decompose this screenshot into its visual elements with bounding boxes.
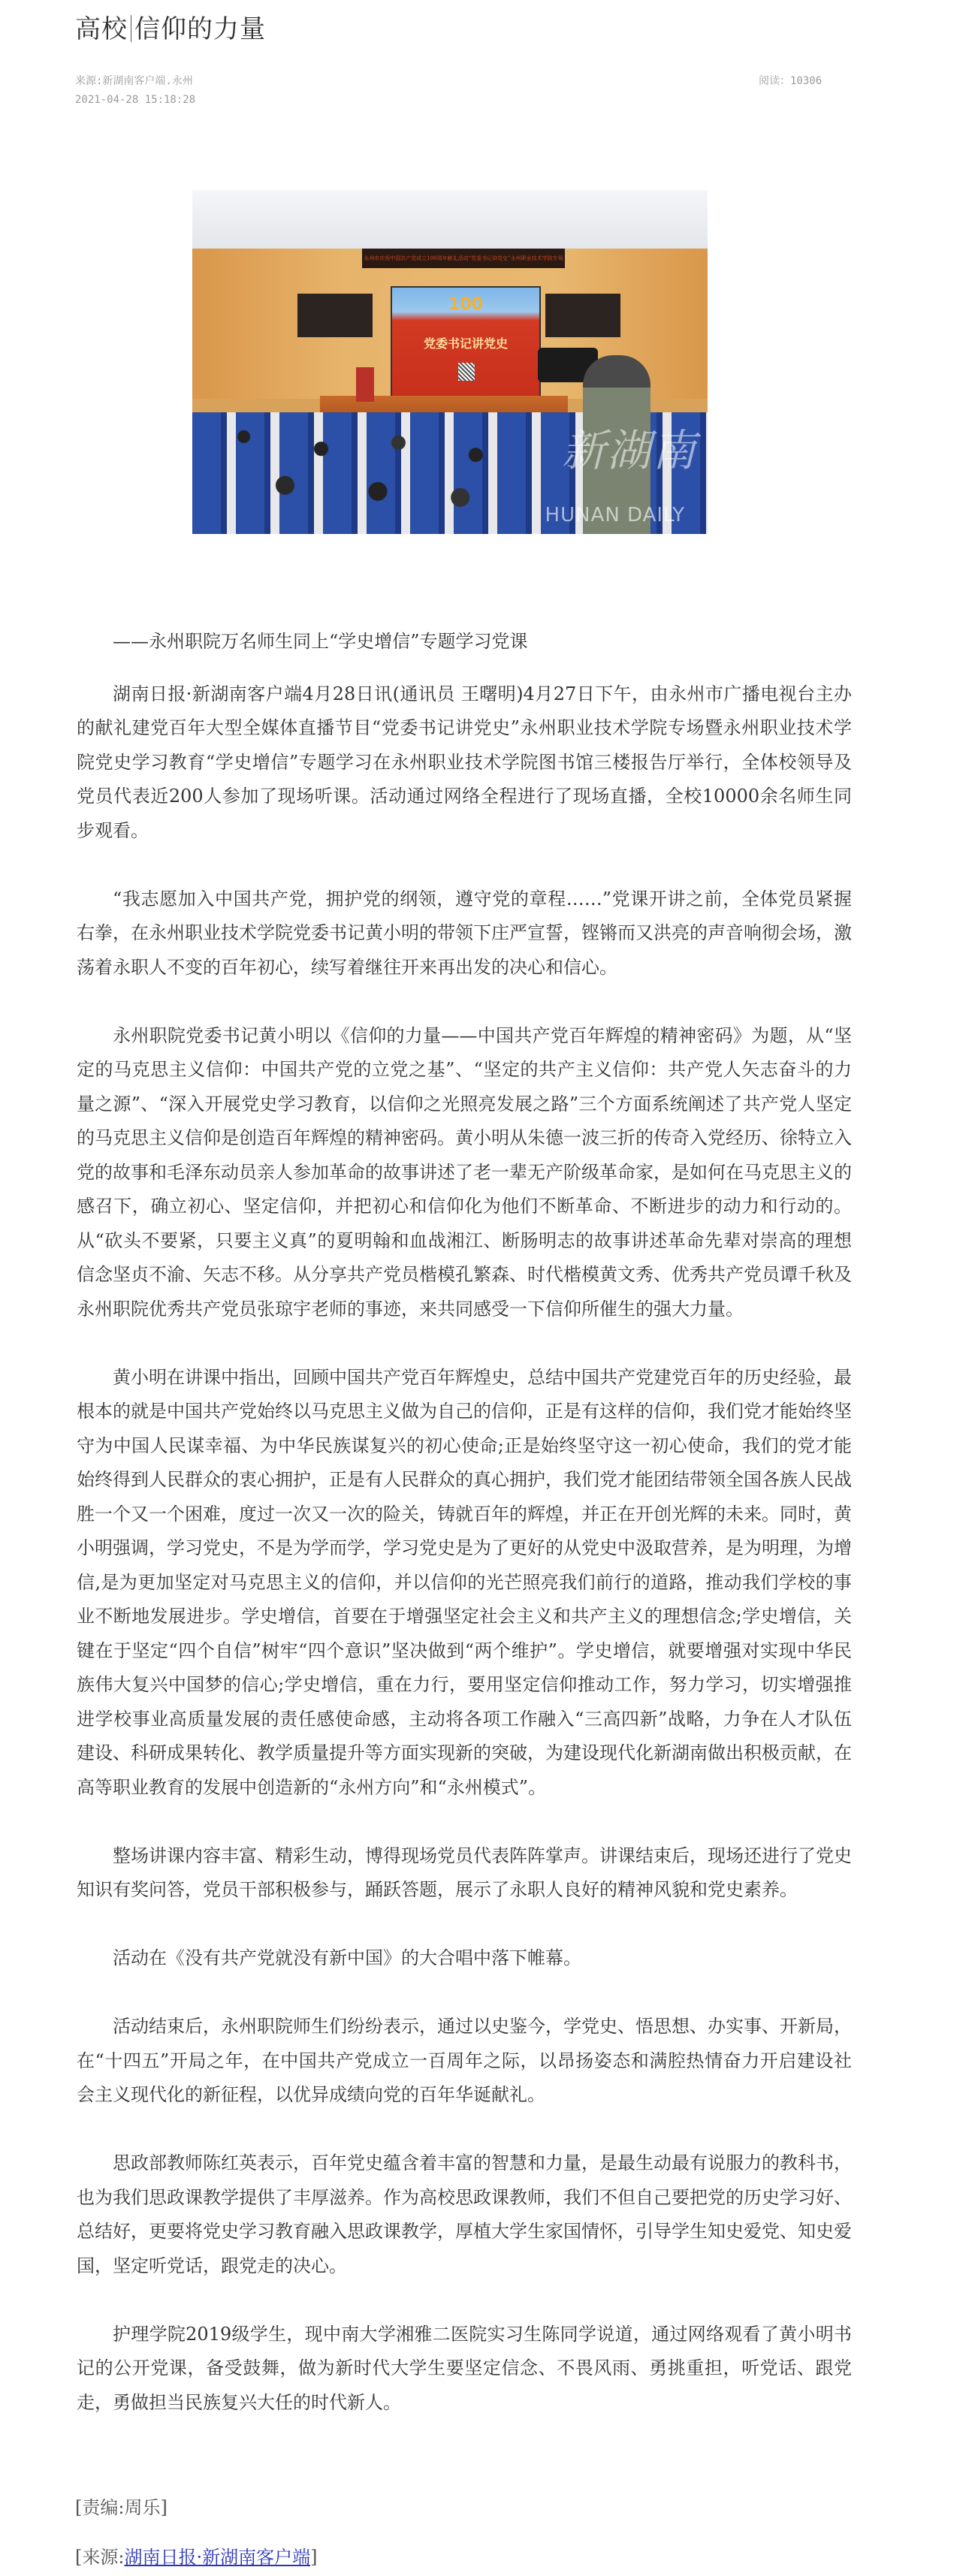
article-body: ——永州职院万名师生同上“学史增信”专题学习党课 湖南日报·新湖南客户端4月28… (77, 625, 852, 2454)
centenary-logo: 100 (392, 295, 539, 314)
read-count: 阅读：10306 (759, 74, 822, 88)
watermark-cn: 新湖南 (562, 415, 697, 478)
paragraph: 整场讲课内容丰富、精彩生动，博得现场党员代表阵阵掌声。讲课结束后，现场还进行了党… (77, 1839, 852, 1908)
watermark-en: HUNAN DAILY (545, 504, 685, 526)
publish-datetime: 2021-04-28 15:18:28 (75, 93, 195, 107)
paragraph: 护理学院2019级学生，现中南大学湘雅二医院实习生陈同学说道，通过网络观看了黄小… (77, 2318, 852, 2421)
editor-suffix: ] (160, 2497, 167, 2518)
read-label: 阅读： (759, 75, 790, 87)
photo-main-screen: 100 党委书记讲党史 (391, 286, 541, 399)
photo-banner: 永州市庆祝中国共产党成立100周年献礼活动“党委书记讲党史”永州职业技术学院专场 (362, 249, 565, 268)
source-prefix: [来源: (75, 2547, 124, 2568)
paragraph: 活动在《没有共产党就没有新中国》的大合唱中落下帷幕。 (77, 1941, 852, 1976)
paragraph: 活动结束后，永州职院师生们纷纷表示，通过以史鉴今，学党史、悟思想、办实事、开新局… (77, 2010, 852, 2113)
read-value: 10306 (790, 75, 822, 87)
paragraph: 湖南日报·新湖南客户端4月28日讯(通讯员 王曙明)4月27日下午，由永州市广播… (77, 677, 852, 849)
paragraph: 永州职院党委书记黄小明以《信仰的力量——中国共产党百年辉煌的精神密码》为题，从“… (77, 1019, 852, 1327)
screen-title: 党委书记讲党史 (392, 334, 539, 351)
article-subtitle: ——永州职院万名师生同上“学史增信”专题学习党课 (77, 625, 852, 659)
photo-ceiling (192, 190, 708, 249)
editor-credit: [责编:周乐] (75, 2496, 168, 2519)
paragraph: “我志愿加入中国共产党，拥护党的纲领，遵守党的章程……”党课开讲之前，全体党员紧… (77, 882, 852, 985)
qr-code-icon (458, 363, 475, 381)
title-category: 高校 (75, 14, 128, 44)
source-link[interactable]: 湖南日报·新湖南客户端 (124, 2547, 310, 2568)
photo-podium (356, 367, 374, 402)
title-divider (131, 15, 131, 42)
photo-side-screen-left (297, 294, 373, 337)
source-credit: [来源:湖南日报·新湖南客户端] (75, 2546, 317, 2568)
article-title: 高校信仰的力量 (75, 14, 266, 45)
editor-name: 周乐 (124, 2497, 160, 2518)
photo-side-screen-right (545, 294, 620, 337)
source-suffix: ] (310, 2547, 317, 2568)
article-photo: 永州市庆祝中国共产党成立100周年献礼活动“党委书记讲党史”永州职业技术学院专场… (192, 190, 708, 534)
title-main: 信仰的力量 (134, 14, 266, 44)
article-source: 来源:新湖南客户端.永州 (75, 74, 193, 88)
paragraph: 思政部教师陈红英表示，百年党史蕴含着丰富的智慧和力量，是最生动最有说服力的教科书… (77, 2146, 852, 2283)
editor-prefix: [责编: (75, 2497, 124, 2518)
paragraph: 黄小明在讲课中指出，回顾中国共产党百年辉煌史，总结中国共产党建党百年的历史经验，… (77, 1361, 852, 1805)
